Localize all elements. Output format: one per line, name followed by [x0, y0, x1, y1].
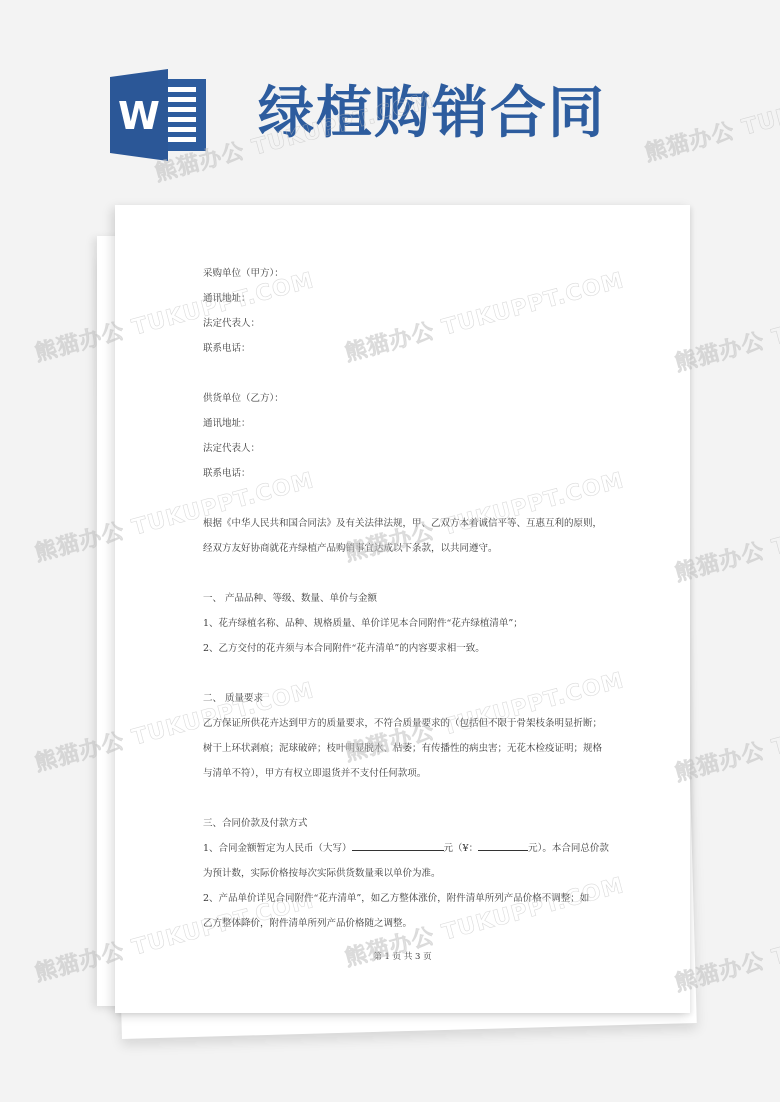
section-1-item-1: 1、花卉绿植名称、品种、规格质量、单价详见本合同附件“花卉绿植清单”；: [203, 611, 618, 636]
preamble-line-1: 根据《中华人民共和国合同法》及有关法律法规，甲、乙双方本着诚信平等、互惠互利的原…: [203, 511, 618, 536]
section-3-item-2-line-2: 乙方整体降价，附件清单所列产品价格随之调整。: [203, 911, 618, 936]
section-3-item-1: 1、合同金额暂定为人民币（大写）元（¥：元）。本合同总价款: [203, 836, 618, 861]
party-a-address: 通讯地址：: [203, 286, 618, 311]
party-a-unit: 采购单位（甲方）：: [203, 261, 618, 286]
section-3: 三、合同价款及付款方式 1、合同金额暂定为人民币（大写）元（¥：元）。本合同总价…: [203, 811, 618, 936]
document-page: 采购单位（甲方）： 通讯地址： 法定代表人： 联系电话： 供货单位（乙方）： 通…: [115, 205, 690, 1013]
party-a-phone: 联系电话：: [203, 336, 618, 361]
party-b-address: 通讯地址：: [203, 411, 618, 436]
section-3-item-2-line-1: 2、产品单价详见合同附件“花卉清单”，如乙方整体涨价，附件清单所列产品价格不调整…: [203, 886, 618, 911]
section-2: 二、 质量要求 乙方保证所供花卉达到甲方的质量要求，不符合质量要求的（包括但不限…: [203, 686, 618, 786]
section-3-heading: 三、合同价款及付款方式: [203, 811, 618, 836]
section-2-line-1: 乙方保证所供花卉达到甲方的质量要求，不符合质量要求的（包括但不限于骨架枝条明显折…: [203, 711, 618, 736]
section-1: 一、 产品品种、等级、数量、单价与金额 1、花卉绿植名称、品种、规格质量、单价详…: [203, 586, 618, 661]
document-title: 绿植购销合同: [258, 78, 606, 148]
svg-text:W: W: [118, 94, 160, 138]
page-indicator: 第 1 页 共 3 页: [115, 950, 690, 962]
word-icon: W: [108, 69, 208, 161]
amount-capital-blank[interactable]: [352, 841, 444, 851]
amount-number-blank[interactable]: [478, 841, 528, 851]
party-b-block: 供货单位（乙方）： 通讯地址： 法定代表人： 联系电话：: [203, 386, 618, 486]
amount-yuan-label: 元（¥：: [444, 843, 479, 854]
section-1-item-2: 2、乙方交付的花卉须与本合同附件“花卉清单”的内容要求相一致。: [203, 636, 618, 661]
party-a-representative: 法定代表人：: [203, 311, 618, 336]
section-2-line-2: 树干上环状剥痕；泥球破碎；枝叶明显脱水、枯萎；有传播性的病虫害；无花木检疫证明；…: [203, 736, 618, 761]
preamble-line-2: 经双方友好协商就花卉绿植产品购销事宜达成以下条款，以共同遵守。: [203, 536, 618, 561]
party-b-phone: 联系电话：: [203, 461, 618, 486]
amount-label: 1、合同金额暂定为人民币（大写）: [203, 843, 352, 854]
section-2-line-3: 与清单不符），甲方有权立即退货并不支付任何款项。: [203, 761, 618, 786]
party-b-unit: 供货单位（乙方）：: [203, 386, 618, 411]
section-1-heading: 一、 产品品种、等级、数量、单价与金额: [203, 586, 618, 611]
section-3-item-1-line-2: 为预计数，实际价格按每次实际供货数量乘以单价为准。: [203, 861, 618, 886]
page-content: 采购单位（甲方）： 通讯地址： 法定代表人： 联系电话： 供货单位（乙方）： 通…: [203, 261, 618, 936]
watermark: 熊猫办公 TUKUPPT.COM: [641, 63, 780, 168]
party-b-representative: 法定代表人：: [203, 436, 618, 461]
section-2-heading: 二、 质量要求: [203, 686, 618, 711]
party-a-block: 采购单位（甲方）： 通讯地址： 法定代表人： 联系电话：: [203, 261, 618, 361]
amount-suffix: 元）。本合同总价款: [528, 843, 609, 854]
preamble: 根据《中华人民共和国合同法》及有关法律法规，甲、乙双方本着诚信平等、互惠互利的原…: [203, 511, 618, 561]
